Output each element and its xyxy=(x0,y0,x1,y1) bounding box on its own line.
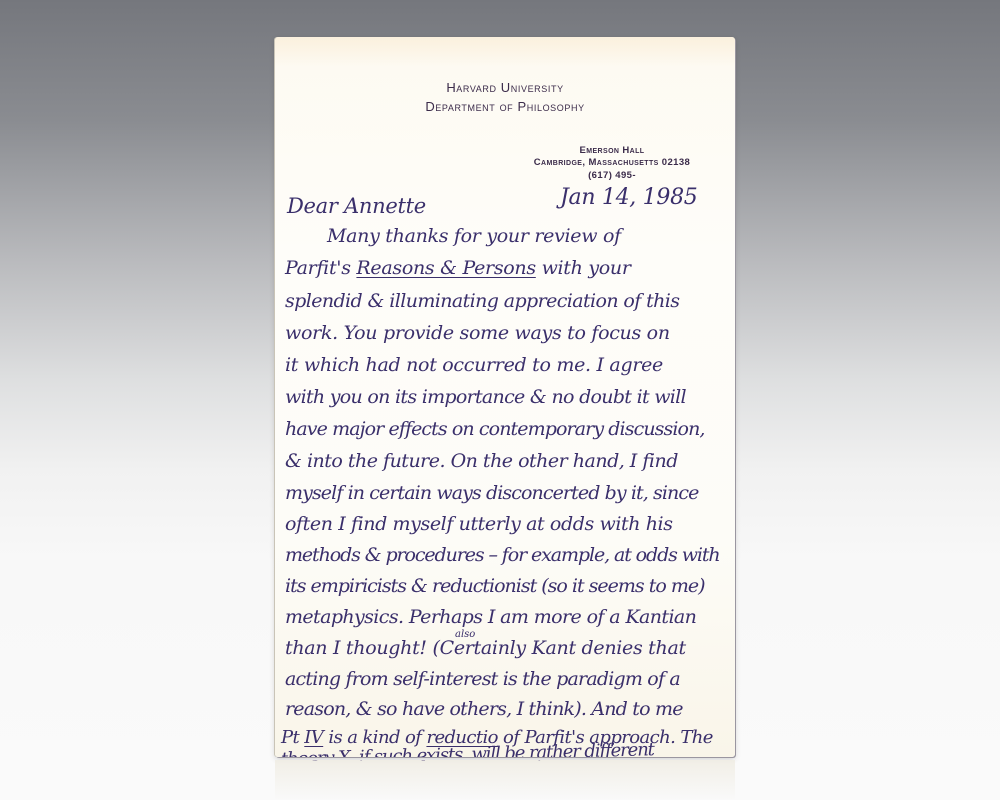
letter-line-7: have major effects on contemporary discu… xyxy=(285,418,705,440)
part-number: IV xyxy=(304,727,323,748)
book-title: Reasons & Persons xyxy=(356,257,535,279)
letter-line-5: it which had not occurred to me. I agree xyxy=(285,354,663,376)
part-label: Pt xyxy=(281,727,299,748)
line-2-tail: with your xyxy=(542,257,631,279)
letter-line-11: methods & procedures – for example, at o… xyxy=(285,544,720,566)
line-14-head: than I thought! (Certainly xyxy=(285,637,526,659)
address-city: Cambridge, Massachusetts 02138 xyxy=(507,157,717,168)
letter-line-12: its empiricists & reductionist (so it se… xyxy=(285,575,705,597)
letterhead-university: Harvard University xyxy=(275,80,735,95)
letter-line-13: metaphysics. Perhaps I am more of a Kant… xyxy=(285,606,696,628)
letter-line-8: & into the future. On the other hand, I … xyxy=(285,450,678,472)
letter-line-4: work. You provide some ways to focus on xyxy=(285,322,670,344)
letter-line-9: myself in certain ways disconcerted by i… xyxy=(285,482,698,504)
insertion-also: also xyxy=(455,629,475,640)
letter-line-3: splendid & illuminating appreciation of … xyxy=(285,290,679,312)
letter-line-1: Many thanks for your review of xyxy=(327,225,621,247)
letter-line-15: acting from self-interest is the paradig… xyxy=(285,668,680,690)
line-14-tail: Kant denies that xyxy=(532,637,686,659)
address-phone: (617) 495- xyxy=(507,170,717,181)
letter-line-14: than I thought! (Certainly Kant denies t… xyxy=(285,637,686,659)
letter-line-10: often I find myself utterly at odds with… xyxy=(285,513,673,535)
page-reflection: prefer, given what you say in moral comm… xyxy=(275,760,735,800)
salutation: Dear Annette xyxy=(287,194,426,218)
letter-line-2: Parfit's Reasons & Persons with your xyxy=(285,257,631,279)
letterhead-department: Department of Philosophy xyxy=(275,99,735,114)
reflection-line: prefer, given what you say in xyxy=(275,760,735,764)
letter-line-16: reason, & so have others, I think). And … xyxy=(285,698,683,720)
address-building: Emerson Hall xyxy=(507,145,717,156)
letter-page: Harvard University Department of Philoso… xyxy=(275,37,735,757)
letter-date: Jan 14, 1985 xyxy=(560,185,697,210)
letter-line-6: with you on its importance & no doubt it… xyxy=(285,386,686,408)
author-name: Parfit's xyxy=(285,257,351,279)
